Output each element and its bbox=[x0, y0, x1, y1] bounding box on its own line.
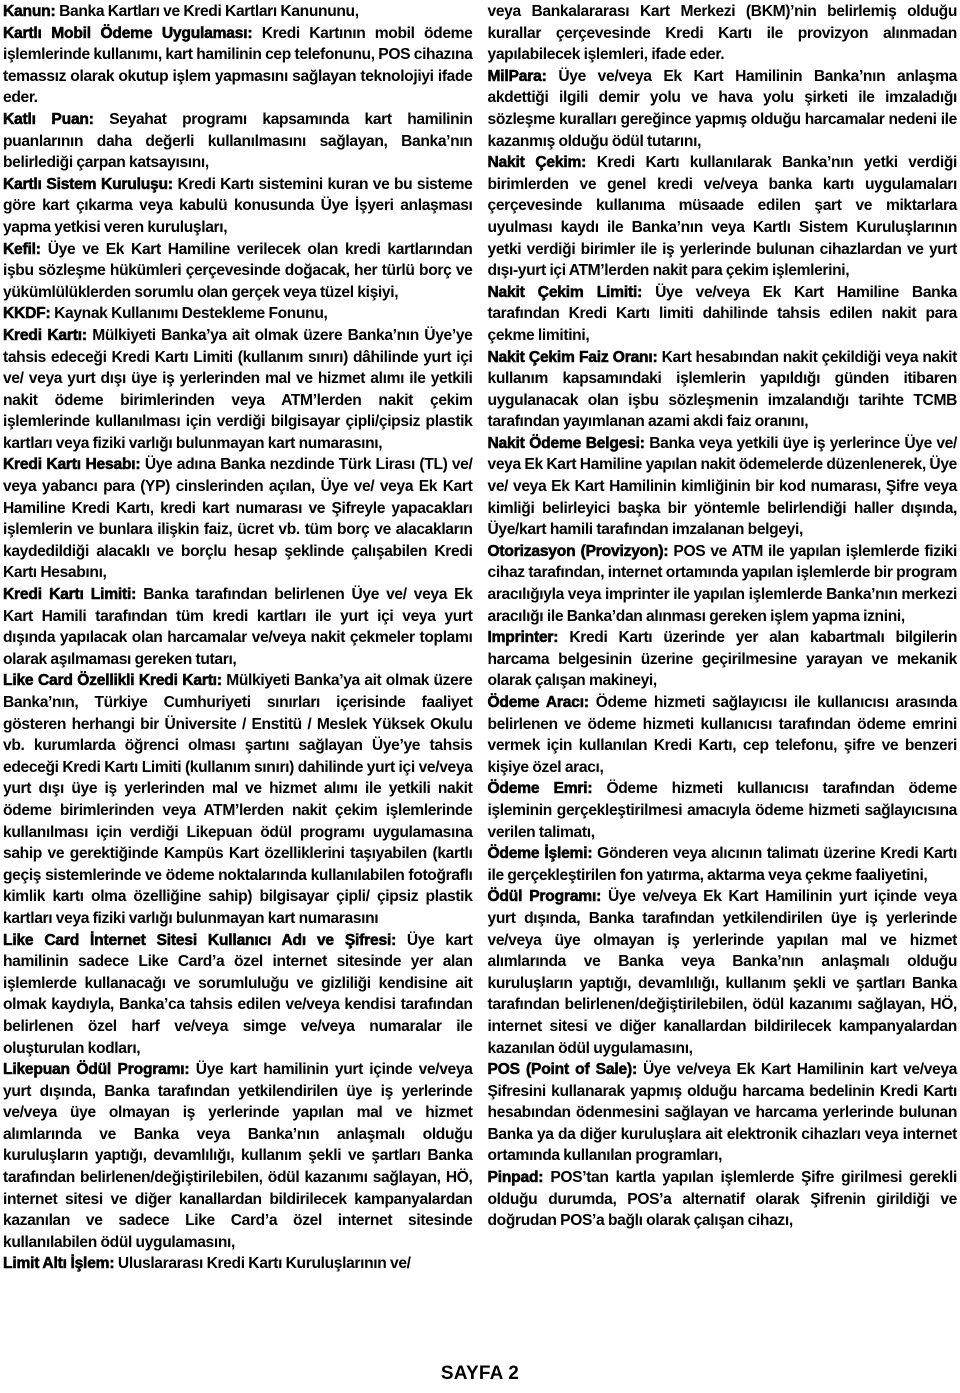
definition-entry: Kefil: Üye ve Ek Kart Hamiline verilecek… bbox=[3, 239, 473, 304]
definition-entry: Like Card Özellikli Kredi Kartı: Mülkiye… bbox=[3, 670, 473, 929]
definition-entry: Kredi Kartı Limiti: Banka tarafından bel… bbox=[3, 584, 473, 670]
definition-term: POS (Point of Sale): bbox=[488, 1061, 637, 1078]
definition-text: Üye ve/veya Ek Kart Hamilinin Banka’nın … bbox=[488, 68, 958, 150]
definition-entry: Kanun: Banka Kartları ve Kredi Kartları … bbox=[3, 1, 473, 23]
definition-term: Otorizasyon (Provizyon): bbox=[488, 543, 669, 560]
definition-term: KKDF: bbox=[3, 305, 51, 322]
definition-text: Üye adına Banka nezdinde Türk Lirası (TL… bbox=[3, 456, 473, 581]
page-footer: SAYFA 2 bbox=[0, 1363, 960, 1385]
definition-text: POS’tan kartla yapılan işlemlerde Şifre … bbox=[488, 1169, 958, 1229]
definition-term: Ödeme Emri: bbox=[488, 780, 593, 797]
definition-term: Kredi Kartı Hesabı: bbox=[3, 456, 140, 473]
definition-text: veya Bankalararası Kart Merkezi (BKM)’ni… bbox=[488, 3, 958, 63]
definition-entry: Kredi Kartı Hesabı: Üye adına Banka nezd… bbox=[3, 454, 473, 584]
definition-text: Üye ve Ek Kart Hamiline verilecek olan k… bbox=[3, 241, 473, 301]
definition-term: Ödeme İşlemi: bbox=[488, 845, 593, 862]
definition-entry: POS (Point of Sale): Üye ve/veya Ek Kart… bbox=[488, 1059, 958, 1167]
definition-term: Nakit Çekim Limiti: bbox=[488, 284, 643, 301]
definition-entry: Like Card İnternet Sitesi Kullanıcı Adı … bbox=[3, 930, 473, 1060]
definition-entry: Likepuan Ödül Programı: Üye kart hamilin… bbox=[3, 1059, 473, 1253]
two-column-text-area: Kanun: Banka Kartları ve Kredi Kartları … bbox=[0, 0, 960, 1275]
definition-term: Like Card İnternet Sitesi Kullanıcı Adı … bbox=[3, 932, 396, 949]
definition-term: Kredi Kartı: bbox=[3, 327, 87, 344]
definition-entry: Kartlı Sistem Kuruluşu: Kredi Kartı sist… bbox=[3, 174, 473, 239]
document-page: Kanun: Banka Kartları ve Kredi Kartları … bbox=[0, 0, 960, 1393]
definition-entry: KKDF: Kaynak Kullanımı Destekleme Fonunu… bbox=[3, 303, 473, 325]
definition-entry: Ödül Programı: Üye ve/veya Ek Kart Hamil… bbox=[488, 886, 958, 1059]
definition-text: Mülkiyeti Banka’ya ait olmak üzere Banka… bbox=[3, 327, 473, 452]
definition-term: Pinpad: bbox=[488, 1169, 544, 1186]
definition-text: Banka Kartları ve Kredi Kartları Kanunun… bbox=[59, 3, 359, 20]
definition-text: Kredi Kartı kullanılarak Banka’nın yetki… bbox=[488, 154, 958, 279]
definition-entry: Imprinter: Kredi Kartı üzerinde yer alan… bbox=[488, 627, 958, 692]
definition-entry: Nakit Çekim Faiz Oranı: Kart hesabından … bbox=[488, 347, 958, 433]
definition-term: Like Card Özellikli Kredi Kartı: bbox=[3, 672, 222, 689]
definition-entry: Ödeme İşlemi: Gönderen veya alıcının tal… bbox=[488, 843, 958, 886]
definition-text: Üye kart hamilinin yurt içinde ve/veya y… bbox=[3, 1061, 473, 1251]
definition-entry: Pinpad: POS’tan kartla yapılan işlemlerd… bbox=[488, 1167, 958, 1232]
definition-term: Limit Altı İşlem: bbox=[3, 1255, 114, 1272]
definition-entry: Otorizasyon (Provizyon): POS ve ATM ile … bbox=[488, 541, 958, 627]
left-column: Kanun: Banka Kartları ve Kredi Kartları … bbox=[3, 1, 473, 1275]
definition-text: Kaynak Kullanımı Destekleme Fonunu, bbox=[54, 305, 327, 322]
definition-term: Kartlı Sistem Kuruluşu: bbox=[3, 176, 173, 193]
definition-text: Üye ve/veya Ek Kart Hamilinin yurt içind… bbox=[488, 888, 958, 1056]
definition-text: Mülkiyeti Banka’ya ait olmak üzere Banka… bbox=[3, 672, 473, 927]
definition-term: Kanun: bbox=[3, 3, 56, 20]
definition-text: Üye kart hamilinin sadece Like Card’a öz… bbox=[3, 932, 473, 1057]
definition-entry: Limit Altı İşlem: Uluslararası Kredi Kar… bbox=[3, 1253, 473, 1275]
definition-term: Kartlı Mobil Ödeme Uygulaması: bbox=[3, 25, 252, 42]
definition-term: MilPara: bbox=[488, 68, 547, 85]
definition-entry: Kartlı Mobil Ödeme Uygulaması: Kredi Kar… bbox=[3, 23, 473, 109]
definition-entry: Ödeme Emri: Ödeme hizmeti kullanıcısı ta… bbox=[488, 778, 958, 843]
definition-entry: Nakit Çekim Limiti: Üye ve/veya Ek Kart … bbox=[488, 282, 958, 347]
definition-entry: Nakit Ödeme Belgesi: Banka veya yetkili … bbox=[488, 433, 958, 541]
definition-term: Nakit Çekim Faiz Oranı: bbox=[488, 349, 658, 366]
definition-entry: Nakit Çekim: Kredi Kartı kullanılarak Ba… bbox=[488, 152, 958, 282]
definition-term: Kefil: bbox=[3, 241, 41, 258]
definition-term: Nakit Çekim: bbox=[488, 154, 587, 171]
definition-term: Ödül Programı: bbox=[488, 888, 602, 905]
definition-entry: veya Bankalararası Kart Merkezi (BKM)’ni… bbox=[488, 1, 958, 66]
definition-text: Uluslararası Kredi Kartı Kuruluşlarının … bbox=[118, 1255, 411, 1272]
definition-term: Ödeme Aracı: bbox=[488, 694, 589, 711]
definition-entry: MilPara: Üye ve/veya Ek Kart Hamilinin B… bbox=[488, 66, 958, 152]
definition-term: Nakit Ödeme Belgesi: bbox=[488, 435, 645, 452]
definition-entry: Katlı Puan: Seyahat programı kapsamında … bbox=[3, 109, 473, 174]
definition-term: Katlı Puan: bbox=[3, 111, 94, 128]
definition-entry: Ödeme Aracı: Ödeme hizmeti sağlayıcısı i… bbox=[488, 692, 958, 778]
definition-term: Kredi Kartı Limiti: bbox=[3, 586, 136, 603]
definition-entry: Kredi Kartı: Mülkiyeti Banka’ya ait olma… bbox=[3, 325, 473, 455]
right-column: veya Bankalararası Kart Merkezi (BKM)’ni… bbox=[488, 1, 958, 1275]
definition-term: Imprinter: bbox=[488, 629, 559, 646]
definition-term: Likepuan Ödül Programı: bbox=[3, 1061, 189, 1078]
definition-text: Kredi Kartı üzerinde yer alan kabartmalı… bbox=[488, 629, 958, 689]
